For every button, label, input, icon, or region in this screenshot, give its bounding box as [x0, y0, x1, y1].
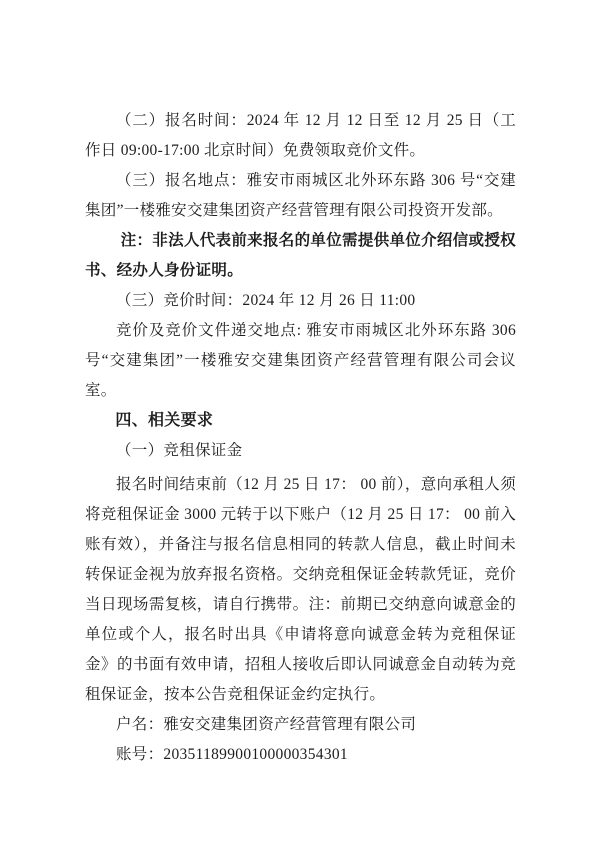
- paragraph-note-non-legal-representative: 注：非法人代表前来报名的单位需提供单位介绍信或授权书、经办人身份证明。: [85, 226, 516, 286]
- paragraph-bidding-time: （三）竞价时间：2024 年 12 月 26 日 11:00: [85, 286, 516, 316]
- account-number-line: 账号：20351189900100000354301: [85, 740, 516, 770]
- paragraph-signup-time: （二）报名时间：2024 年 12 月 12 日至 12 月 25 日（工作日 …: [85, 106, 516, 166]
- paragraph-bidding-place: 竞价及竞价文件递交地点: 雅安市雨城区北外环东路 306 号“交建集团”一楼雅安…: [85, 316, 516, 406]
- document-page: （二）报名时间：2024 年 12 月 12 日至 12 月 25 日（工作日 …: [0, 0, 600, 848]
- paragraph-signup-place: （三）报名地点：雅安市雨城区北外环东路 306 号“交建集团”一楼雅安交建集团资…: [85, 166, 516, 226]
- account-name-line: 户名：雅安交建集团资产经营管理有限公司: [85, 710, 516, 740]
- section-heading-related-requirements: 四、相关要求: [85, 406, 516, 436]
- sub-heading-bid-deposit: （一）竞租保证金: [85, 436, 516, 466]
- paragraph-deposit-details: 报名时间结束前（12 月 25 日 17： 00 前），意向承租人须将竞租保证金…: [85, 470, 516, 710]
